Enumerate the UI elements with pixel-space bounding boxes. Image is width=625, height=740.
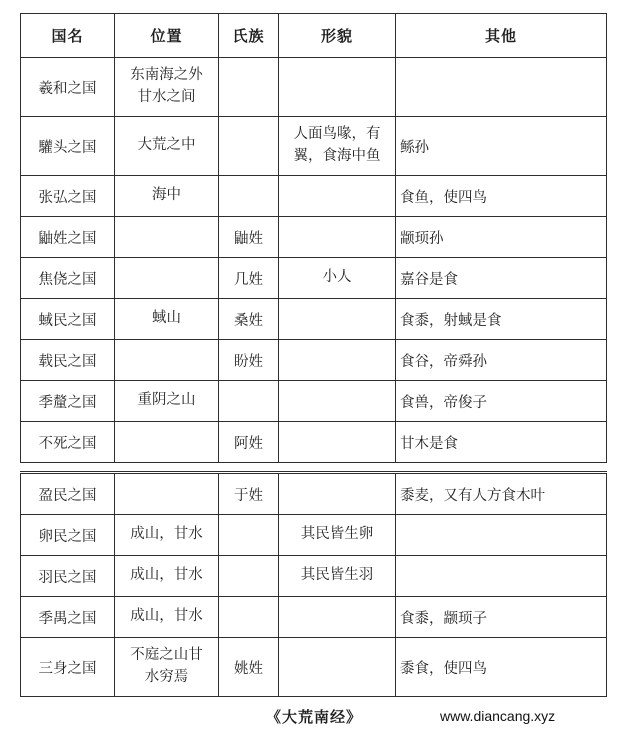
footer: 《大荒南经》 www.diancang.xyz	[0, 704, 625, 730]
appearance-cell	[279, 217, 396, 258]
location-cell: 成山，甘水	[115, 515, 219, 556]
location-cell	[115, 258, 219, 299]
appearance-cell: 小人	[279, 258, 396, 299]
table-row: 季禺之国 成山，甘水 食黍，颛顼子	[21, 597, 607, 638]
appearance-cell	[279, 422, 396, 463]
clan-cell: 于姓	[219, 473, 279, 515]
country-name-cell: 张弘之国	[21, 176, 115, 217]
clan-cell: 几姓	[219, 258, 279, 299]
source-book-title: 《大荒南经》	[266, 706, 362, 727]
country-name-cell: 焦侥之国	[21, 258, 115, 299]
country-name-cell: 不死之国	[21, 422, 115, 463]
country-name-cell: 盈民之国	[21, 473, 115, 515]
header-row: 国名 位置 氏族 形貌 其他	[21, 14, 607, 58]
location-cell	[115, 340, 219, 381]
appearance-cell: 人面鸟喙，有 翼，食海中鱼	[279, 117, 396, 176]
other-cell: 食黍，射蜮是食	[396, 299, 607, 340]
country-name-cell: 季禺之国	[21, 597, 115, 638]
header-location: 位置	[115, 14, 219, 58]
appearance-cell	[279, 176, 396, 217]
table-row: 驩头之国 大荒之中 人面鸟喙，有 翼，食海中鱼 鲧孙	[21, 117, 607, 176]
clan-cell: 桑姓	[219, 299, 279, 340]
country-name-cell: 卵民之国	[21, 515, 115, 556]
clan-cell	[219, 58, 279, 117]
header-other: 其他	[396, 14, 607, 58]
location-cell: 重阴之山	[115, 381, 219, 422]
other-cell: 甘木是食	[396, 422, 607, 463]
table-row: 载民之国 盼姓 食谷，帝舜孙	[21, 340, 607, 381]
other-cell: 黍麦，又有人方食木叶	[396, 473, 607, 515]
clan-cell: 姚姓	[219, 638, 279, 697]
table-row: 盈民之国 于姓 黍麦，又有人方食木叶	[21, 473, 607, 515]
table-row: 不死之国 阿姓 甘木是食	[21, 422, 607, 463]
other-cell: 黍食，使四鸟	[396, 638, 607, 697]
country-name-cell: 季釐之国	[21, 381, 115, 422]
clan-cell	[219, 597, 279, 638]
page: 国名 位置 氏族 形貌 其他 羲和之国 东南海之外 甘水之间 驩头之国 大荒之中…	[0, 0, 625, 740]
location-cell	[115, 217, 219, 258]
clan-cell: 盼姓	[219, 340, 279, 381]
appearance-cell	[279, 638, 396, 697]
table-row: 焦侥之国 几姓 小人 嘉谷是食	[21, 258, 607, 299]
other-cell: 鲧孙	[396, 117, 607, 176]
header-country-name: 国名	[21, 14, 115, 58]
country-name-cell: 载民之国	[21, 340, 115, 381]
clan-cell	[219, 117, 279, 176]
other-cell: 食黍，颛顼子	[396, 597, 607, 638]
location-cell: 成山，甘水	[115, 597, 219, 638]
appearance-cell	[279, 299, 396, 340]
location-cell: 大荒之中	[115, 117, 219, 176]
table-row: 羽民之国 成山，甘水 其民皆生羽	[21, 556, 607, 597]
site-url: www.diancang.xyz	[440, 708, 555, 724]
appearance-cell: 其民皆生羽	[279, 556, 396, 597]
location-cell	[115, 473, 219, 515]
country-name-cell: 羽民之国	[21, 556, 115, 597]
other-cell	[396, 556, 607, 597]
clan-cell	[219, 556, 279, 597]
other-cell	[396, 58, 607, 117]
table-row: 鼬姓之国 鼬姓 颛顼孙	[21, 217, 607, 258]
table-row: 三身之国 不庭之山甘 水穷焉 姚姓 黍食，使四鸟	[21, 638, 607, 697]
table-row: 蜮民之国 蜮山 桑姓 食黍，射蜮是食	[21, 299, 607, 340]
appearance-cell	[279, 597, 396, 638]
location-cell: 海中	[115, 176, 219, 217]
location-cell	[115, 422, 219, 463]
other-cell: 食兽，帝俊子	[396, 381, 607, 422]
countries-table-lower: 盈民之国 于姓 黍麦，又有人方食木叶 卵民之国 成山，甘水 其民皆生卵 羽民之国…	[20, 471, 607, 697]
other-cell: 嘉谷是食	[396, 258, 607, 299]
table-row: 季釐之国 重阴之山 食兽，帝俊子	[21, 381, 607, 422]
table-row: 张弘之国 海中 食鱼，使四鸟	[21, 176, 607, 217]
location-cell: 不庭之山甘 水穷焉	[115, 638, 219, 697]
table-row: 羲和之国 东南海之外 甘水之间	[21, 58, 607, 117]
other-cell: 食鱼，使四鸟	[396, 176, 607, 217]
appearance-cell	[279, 473, 396, 515]
appearance-cell: 其民皆生卵	[279, 515, 396, 556]
clan-cell: 阿姓	[219, 422, 279, 463]
location-cell: 东南海之外 甘水之间	[115, 58, 219, 117]
location-cell: 蜮山	[115, 299, 219, 340]
appearance-cell	[279, 381, 396, 422]
header-clan: 氏族	[219, 14, 279, 58]
location-cell: 成山，甘水	[115, 556, 219, 597]
clan-cell	[219, 381, 279, 422]
other-cell: 颛顼孙	[396, 217, 607, 258]
clan-cell	[219, 515, 279, 556]
clan-cell	[219, 176, 279, 217]
table-row: 卵民之国 成山，甘水 其民皆生卵	[21, 515, 607, 556]
header-appearance: 形貌	[279, 14, 396, 58]
other-cell: 食谷，帝舜孙	[396, 340, 607, 381]
countries-table-upper: 国名 位置 氏族 形貌 其他 羲和之国 东南海之外 甘水之间 驩头之国 大荒之中…	[20, 13, 607, 463]
clan-cell: 鼬姓	[219, 217, 279, 258]
country-name-cell: 鼬姓之国	[21, 217, 115, 258]
country-name-cell: 蜮民之国	[21, 299, 115, 340]
country-name-cell: 驩头之国	[21, 117, 115, 176]
other-cell	[396, 515, 607, 556]
country-name-cell: 羲和之国	[21, 58, 115, 117]
appearance-cell	[279, 58, 396, 117]
country-name-cell: 三身之国	[21, 638, 115, 697]
appearance-cell	[279, 340, 396, 381]
